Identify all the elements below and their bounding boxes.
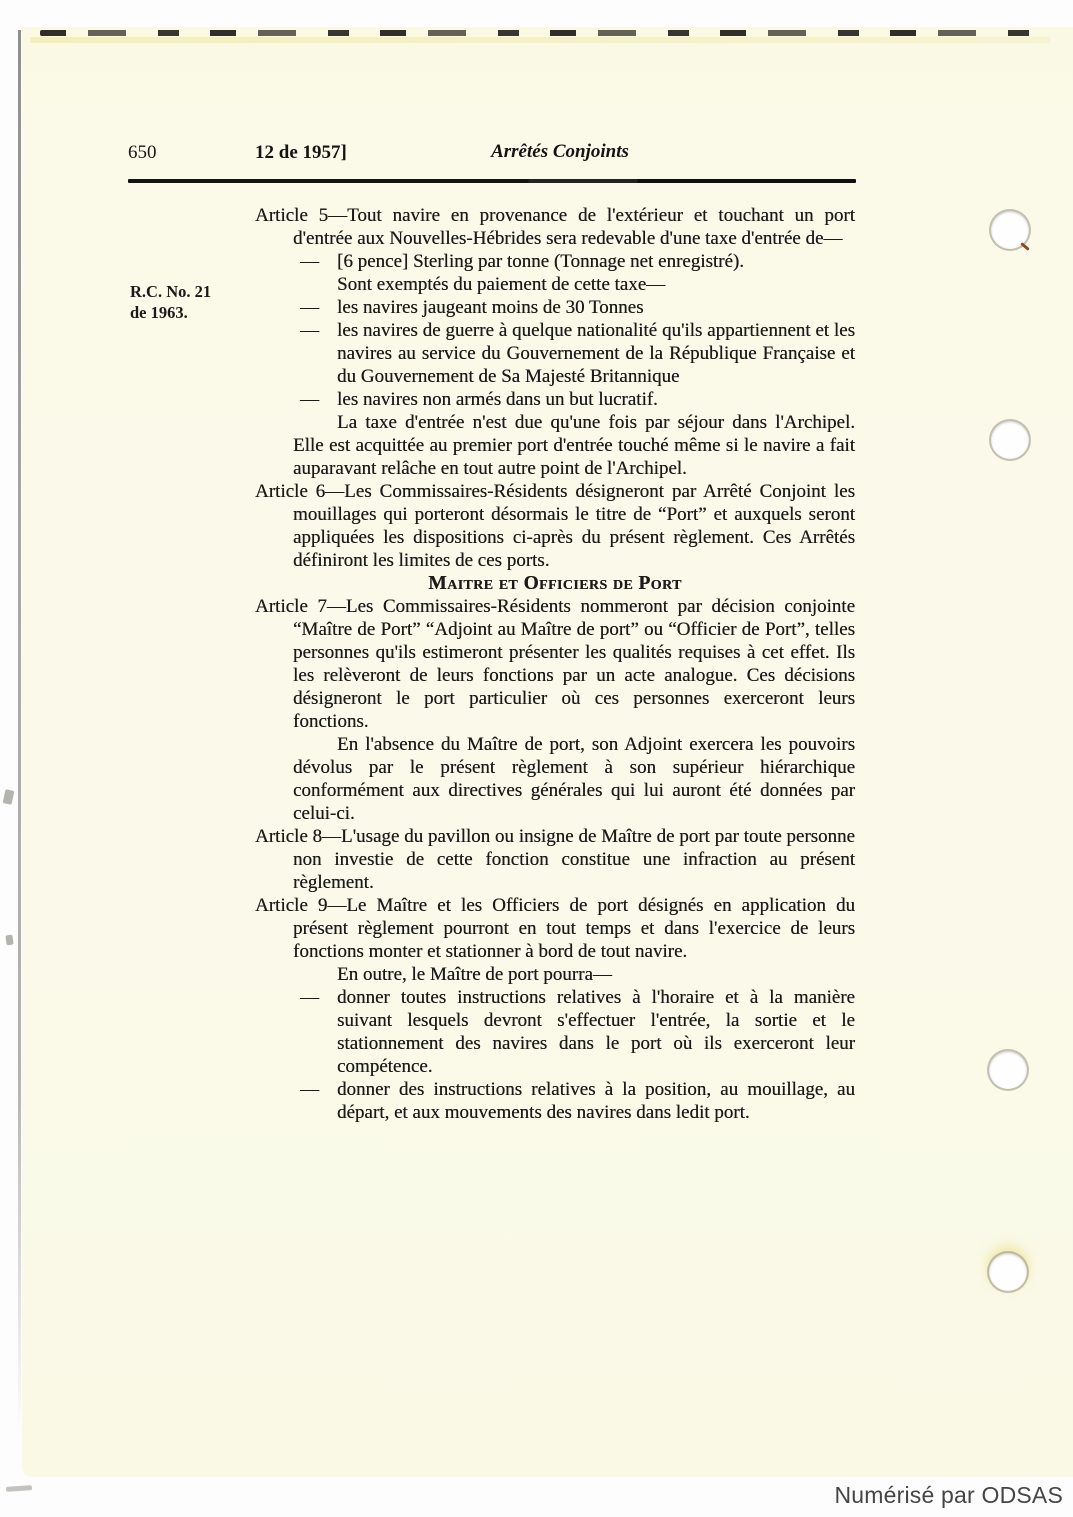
exemption-item-2: —les navires de guerre à quelque nationa… [255, 319, 855, 388]
harbour-master-power-1: —donner toutes instructions relatives à … [255, 986, 855, 1078]
exemption-item-3: —les navires non armés dans un but lucra… [255, 388, 855, 411]
margin-note-line1: R.C. No. 21 [130, 281, 211, 302]
article-9: Article 9—Le Maître et les Officiers de … [255, 894, 855, 963]
page-number: 650 [128, 142, 157, 164]
article-5: Article 5—Tout navire en provenance de l… [255, 204, 855, 250]
dash-marker: — [300, 986, 319, 1009]
dash-marker: — [300, 319, 319, 342]
dash-marker: — [300, 388, 319, 411]
document-body: Article 5—Tout navire en provenance de l… [255, 204, 855, 1124]
article-6: Article 6—Les Commissaires-Résidents dés… [255, 480, 855, 572]
scan-speck [5, 935, 13, 946]
scan-edge-tint [30, 37, 1050, 43]
punch-hole [989, 1051, 1027, 1089]
exemption-item-3-text: les navires non armés dans un but lucrat… [337, 389, 658, 410]
harbour-master-power-1-text: donner toutes instructions relatives à l… [337, 987, 855, 1077]
digitization-watermark: Numérisé par ODSAS [834, 1482, 1063, 1509]
scanned-page: 650 12 de 1957] Arrêtés Conjoints R.C. N… [0, 0, 1073, 1517]
exemption-item-1: —les navires jaugeant moins de 30 Tonnes [255, 296, 855, 319]
dash-marker: — [300, 250, 319, 273]
section-heading-port-officers: Maitre et Officiers de Port [255, 572, 855, 595]
article-7-paragraph-2: En l'absence du Maître de port, son Adjo… [255, 733, 855, 825]
exemption-item-2-text: les navires de guerre à quelque national… [337, 320, 855, 387]
article-8: Article 8—L'usage du pavillon ou insigne… [255, 825, 855, 894]
entry-fee-paragraph: La taxe d'entrée n'est due qu'une fois p… [255, 411, 855, 480]
scan-edge-marks [40, 30, 1050, 36]
margin-note: R.C. No. 21 de 1963. [130, 281, 211, 323]
entry-fee-item: —[6 pence] Sterling par tonne (Tonnage n… [255, 250, 855, 273]
article-7: Article 7—Les Commissaires-Résidents nom… [255, 595, 855, 733]
entry-fee-item-text: [6 pence] Sterling par tonne (Tonnage ne… [337, 251, 744, 272]
article-9-intro: En outre, le Maître de port pourra— [255, 963, 855, 986]
exemption-item-1-text: les navires jaugeant moins de 30 Tonnes [337, 297, 643, 318]
dash-marker: — [300, 296, 319, 319]
scan-speck [6, 1485, 32, 1492]
harbour-master-power-2: —donner des instructions relatives à la … [255, 1078, 855, 1124]
binding-edge-line [18, 30, 21, 1430]
header-reference: 12 de 1957] [255, 142, 347, 164]
dash-marker: — [300, 1078, 319, 1101]
scan-speck [3, 789, 15, 805]
header-rule [128, 179, 856, 183]
punch-hole [991, 421, 1029, 459]
harbour-master-power-2-text: donner des instructions relatives à la p… [337, 1079, 855, 1123]
header-title: Arrêtés Conjoints [430, 141, 690, 163]
punch-hole [989, 1253, 1027, 1291]
exemption-intro: Sont exemptés du paiement de cette taxe— [255, 273, 855, 296]
margin-note-line2: de 1963. [130, 302, 211, 323]
